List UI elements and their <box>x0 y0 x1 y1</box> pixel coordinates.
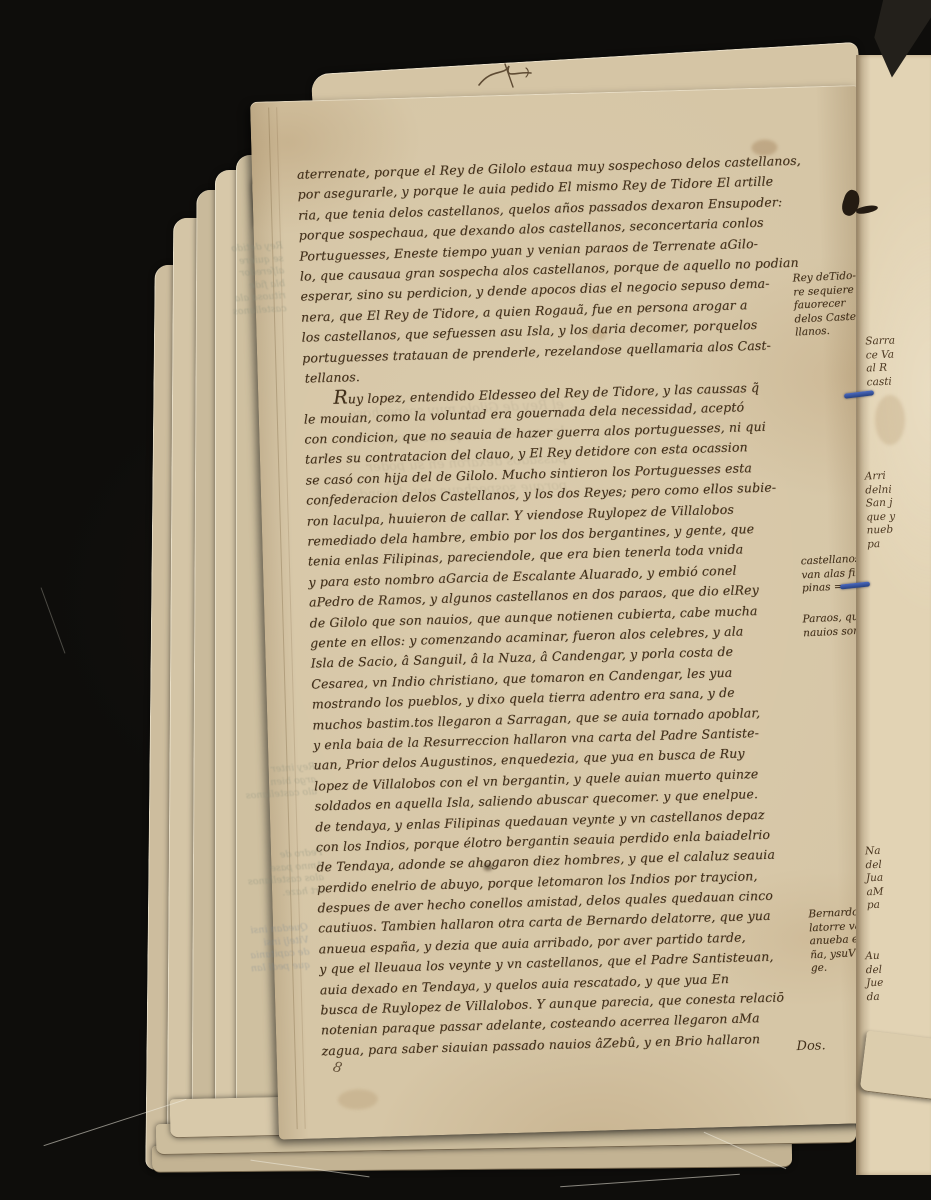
margin-note-rey-tidore: Rey deTido-re sequierefauorecerdelos Cas… <box>792 269 865 340</box>
bleed-through-text: Rey detidose quierealferedorbla fideritu… <box>229 240 287 318</box>
bleed-line: castellanos <box>233 303 287 319</box>
margin-note-line: Au <box>865 950 883 964</box>
next-page-margin-note: Sarrace Vaal Rcasti <box>865 334 897 389</box>
manuscript-page: el Rey de Gilolo muy sospechosolos caste… <box>250 85 887 1140</box>
paper-stain <box>338 1089 379 1110</box>
margin-note-line: ce Va <box>866 348 896 363</box>
dust-fiber <box>560 1174 740 1188</box>
margin-note-line: del <box>865 858 883 872</box>
margin-note-line: pa <box>867 899 885 913</box>
margin-note-line: Sarra <box>865 334 895 349</box>
margin-note-line: del <box>866 963 884 977</box>
margin-note-line: Na <box>865 845 883 859</box>
manuscript-text-block: aterrenate, porque el Rey de Gilolo esta… <box>297 151 827 1062</box>
catchword: Dos. <box>796 1038 825 1054</box>
margin-note-line: delni <box>865 483 894 498</box>
next-page-margin-note: AudelJueda <box>865 950 884 1005</box>
paper-stain <box>875 395 905 445</box>
margin-note-line: Jue <box>866 977 884 991</box>
ink-flourish-mark: 8 <box>331 1059 343 1077</box>
margin-note-line: al R <box>866 361 896 376</box>
bleed-through-text: Rey interargo bienalo castellanos <box>244 761 317 803</box>
folio-flourish-icon <box>476 60 538 92</box>
margin-note-line: que y <box>866 510 895 525</box>
margin-note-line: aM <box>866 885 884 899</box>
next-page-margin-note: ArridelniSan jque ynuebpa <box>865 470 897 552</box>
bleed-through-text: Pedro deAmno pasealos castellanosart haz… <box>246 847 325 902</box>
margin-note-line: da <box>866 990 884 1004</box>
bleed-through-text: Quedan insiVitelj inside capitaniaque pe… <box>248 922 311 976</box>
margin-note-line: San j <box>866 497 895 512</box>
next-page-folded-corner <box>860 1030 931 1100</box>
next-page-sliver: Sarrace Vaal Rcasti ArridelniSan jque yn… <box>856 55 931 1175</box>
margin-note-line: Arri <box>865 470 894 485</box>
dust-fiber <box>41 587 66 653</box>
margin-note-line: llanos. <box>795 323 866 340</box>
margin-note-line: Jua <box>866 872 884 886</box>
margin-note-line: pa <box>867 537 896 552</box>
next-page-margin-note: NadelJuaaMpa <box>865 845 885 913</box>
margin-note-line: casti <box>866 375 896 390</box>
manuscript-photo: el Rey de Gilolo muy sospechosolos caste… <box>0 0 931 1200</box>
margin-note-line: nueb <box>866 523 895 538</box>
